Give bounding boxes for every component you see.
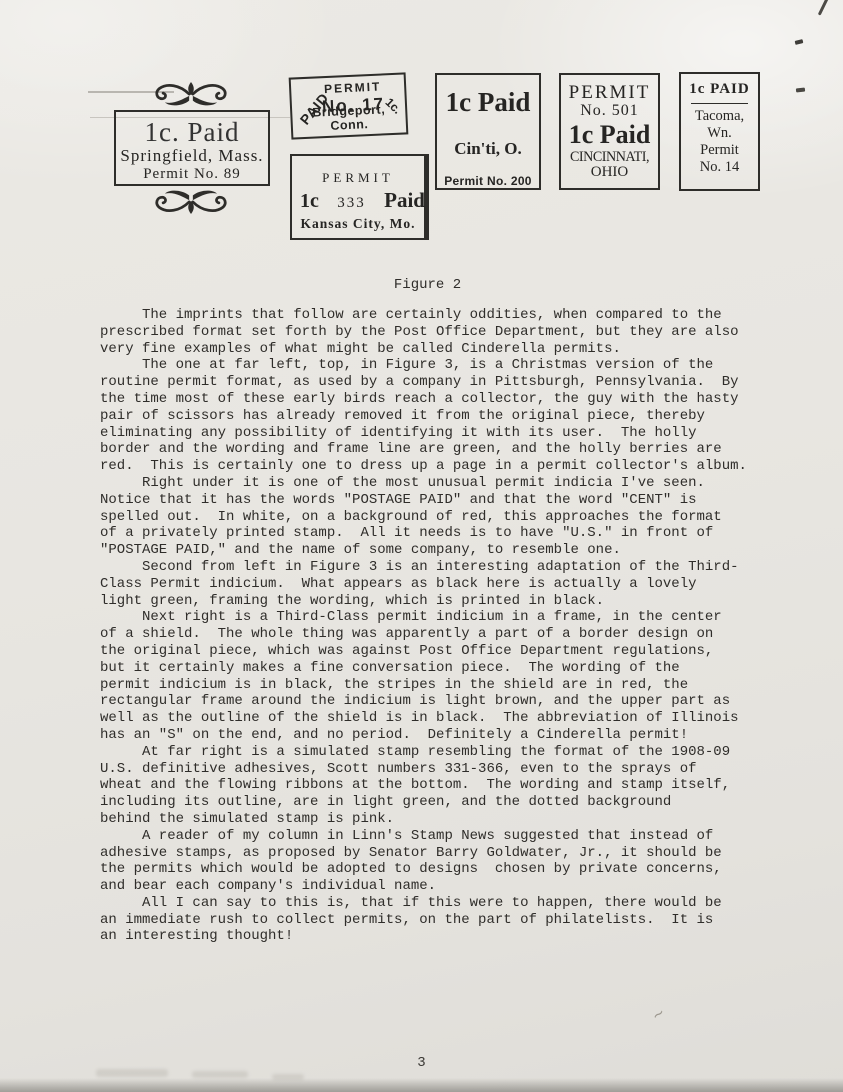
stamp-tacoma: 1c PAID Tacoma, Wn. Permit No. 14 (679, 72, 760, 191)
stamp-state: Wn. (681, 125, 758, 142)
typewritten-line: an interesting thought! (100, 928, 780, 945)
typewritten-line: The imprints that follow are certainly o… (100, 307, 780, 324)
typewritten-line: rectangular frame around the indicium is… (100, 693, 780, 710)
typewritten-line: the permits which would be adopted to de… (100, 861, 780, 878)
stamp-rate-paid: 1c Paid (561, 120, 658, 150)
stamp-cincinnati-large: PERMIT No. 501 1c Paid CINCINNATI, OHIO (559, 73, 660, 190)
stamp-city: Bridgeport, Conn. (292, 101, 406, 134)
page-number: 3 (0, 1055, 843, 1071)
stamp-cincinnati-small: 1c Paid Cin'ti, O. Permit No. 200 (435, 73, 541, 190)
pencil-squiggle: ~ (648, 1003, 669, 1025)
typewritten-line: very fine examples of what might be call… (100, 341, 780, 358)
stamp-permit-label: Permit (681, 142, 758, 159)
typewritten-line: Class Permit indicium. What appears as b… (100, 576, 780, 593)
scan-edge-shadow (0, 1078, 843, 1092)
typewritten-line: but it certainly makes a fine conversati… (100, 660, 780, 677)
typewritten-line: Right under it is one of the most unusua… (100, 475, 780, 492)
typewritten-line: well as the outline of the shield is in … (100, 710, 780, 727)
figure-caption: Figure 2 (100, 277, 755, 293)
typewritten-line: light green, framing the wording, which … (100, 593, 780, 610)
typewritten-line: border and the wording and frame line ar… (100, 441, 780, 458)
typewritten-line: The one at far left, top, in Figure 3, i… (100, 357, 780, 374)
fleuron-ornament-icon (152, 81, 230, 109)
typewritten-line: including its outline, are in light gree… (100, 794, 780, 811)
scan-smudge (192, 1071, 248, 1078)
typewritten-line: pair of scissors has already removed it … (100, 408, 780, 425)
scan-artifact-mark (795, 39, 804, 45)
typewritten-line: wheat and the flowing ribbons at the bot… (100, 777, 780, 794)
stamp-springfield: 1c. Paid Springfield, Mass. Permit No. 8… (114, 110, 270, 186)
stamp-city: Cin'ti, O. (437, 139, 539, 159)
stamp-rate-row: 1c 333 Paid (292, 186, 424, 213)
stamp-rate-paid: 1c Paid (437, 87, 539, 118)
typewritten-line: "POSTAGE PAID," and the name of some com… (100, 542, 780, 559)
stamp-state: OHIO (561, 164, 658, 181)
scanned-page: ~ 1c. Paid Springfield, Mass. Permit No.… (0, 0, 843, 1092)
typewritten-line: U.S. definitive adhesives, Scott numbers… (100, 761, 780, 778)
typewritten-line: At far right is a simulated stamp resemb… (100, 744, 780, 761)
typewritten-line: red. This is certainly one to dress up a… (100, 458, 780, 475)
stamp-rate-paid: 1c. Paid (116, 117, 268, 148)
typewritten-line: spelled out. In white, on a background o… (100, 509, 780, 526)
scan-artifact-corner (818, 0, 829, 16)
body-text: The imprints that follow are certainly o… (100, 307, 780, 945)
stamp-city: CINCINNATI, (564, 149, 655, 166)
fleuron-ornament-icon (152, 187, 230, 215)
typewritten-line: eliminating any possibility of identifyi… (100, 425, 780, 442)
stamp-permit-label: PERMIT (561, 82, 658, 104)
stamp-permit-number: Permit No. 200 (437, 174, 539, 188)
typewritten-line: of a shield. The whole thing was apparen… (100, 626, 780, 643)
typewritten-line: permit indicium is in black, the stripes… (100, 677, 780, 694)
stamp-city: Tacoma, (681, 108, 758, 125)
stamp-permit-number: 333 (337, 195, 366, 212)
typewritten-line: routine permit format, as used by a comp… (100, 374, 780, 391)
stamp-city: Springfield, Mass. (116, 146, 268, 166)
typewritten-line: Notice that it has the words "POSTAGE PA… (100, 492, 780, 509)
typewritten-line: the original piece, which was against Po… (100, 643, 780, 660)
stamp-city: Kansas City, Mo. (292, 216, 424, 232)
stamp-permit-number: No. 501 (561, 102, 658, 120)
stamp-permit-number: No. 14 (681, 159, 758, 176)
typewritten-line: Second from left in Figure 3 is an inter… (100, 559, 780, 576)
typewritten-line: the time most of these early birds reach… (100, 391, 780, 408)
typewritten-line: adhesive stamps, as proposed by Senator … (100, 845, 780, 862)
typewritten-line: of a privately printed stamp. All it nee… (100, 525, 780, 542)
stamp-divider (691, 103, 748, 104)
stamp-rate: 1c (300, 190, 319, 213)
typewritten-line: A reader of my column in Linn's Stamp Ne… (100, 828, 780, 845)
stamp-permit-label: PERMIT (292, 170, 424, 186)
stamp-kansas-city: PERMIT 1c 333 Paid Kansas City, Mo. (290, 154, 429, 240)
stamp-permit-number: Permit No. 89 (116, 166, 268, 183)
typewritten-line: All I can say to this is, that if this w… (100, 895, 780, 912)
typewritten-line: an immediate rush to collect permits, on… (100, 912, 780, 929)
typewritten-line: behind the simulated stamp is pink. (100, 811, 780, 828)
stamp-paid-label: Paid (384, 188, 425, 213)
typewritten-line: has an "S" on the end, and no period. De… (100, 727, 780, 744)
typewritten-line: prescribed format set forth by the Post … (100, 324, 780, 341)
typewritten-line: and bear each company's individual name. (100, 878, 780, 895)
stamp-rate-paid: 1c PAID (681, 81, 758, 98)
scan-artifact-mark (796, 88, 805, 93)
typewritten-line: Next right is a Third-Class permit indic… (100, 609, 780, 626)
stamp-bridgeport: PAID PERMIT No. 17 1c. Bridgeport, Conn. (289, 72, 409, 139)
